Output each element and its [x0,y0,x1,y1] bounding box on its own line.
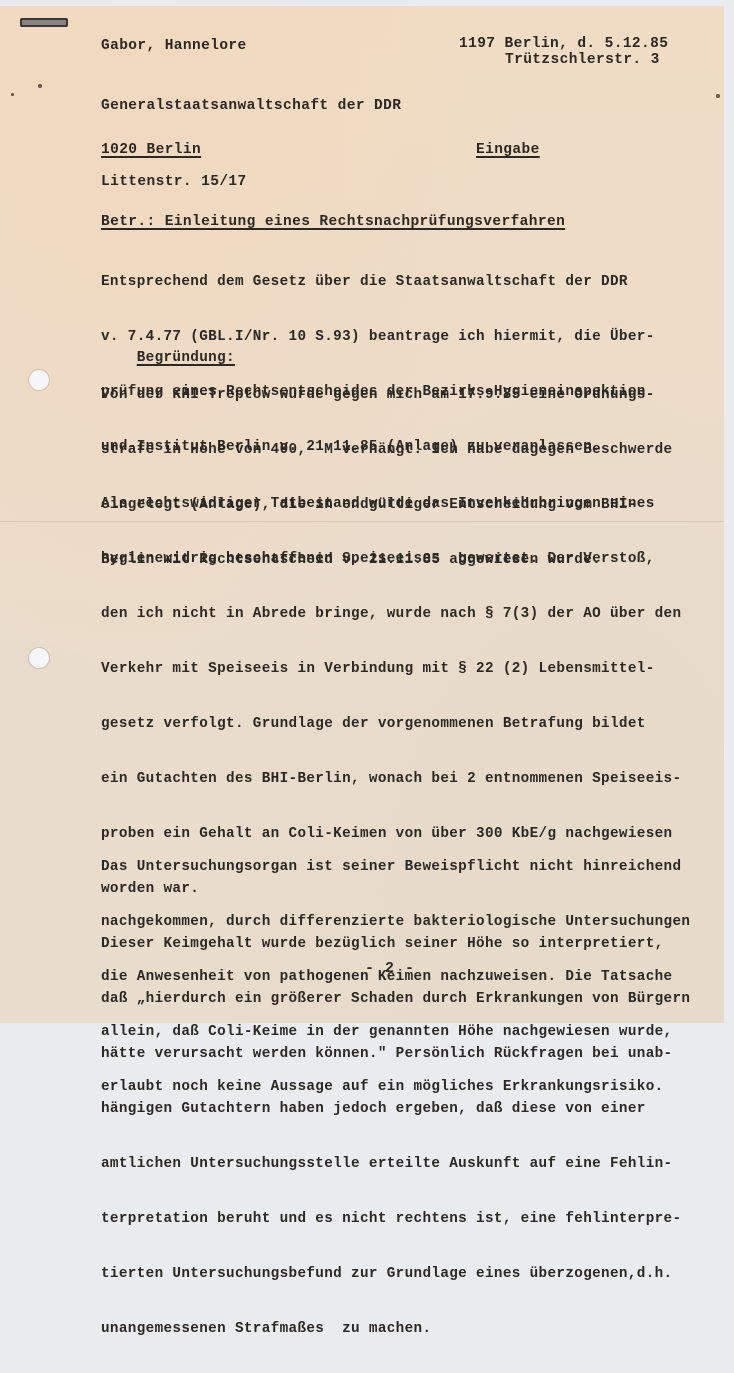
staple-icon [20,18,68,27]
recipient-authority: Generalstaatsanwaltschaft der DDR [101,97,401,115]
punch-hole-icon [29,370,49,390]
document-page: Gabor, Hannelore 1197 Berlin, d. 5.12.85… [0,6,724,1023]
section-heading: Begründung: [137,348,235,368]
text-line: ein Gutachten des BHI-Berlin, wonach bei… [101,768,690,791]
text-line: Als rechtswidriger Tatbestand wurde das … [101,493,690,516]
ink-speck [716,94,720,98]
text-line: Von der KHI-Treptow wurde gegen mich am … [101,384,673,407]
text-line: Entsprechend dem Gesetz über die Staatsa… [101,271,655,294]
subject-line: Betr.: Einleitung eines Rechtsnachprüfun… [101,213,565,231]
text-line: nachgekommen, durch differenzierte bakte… [101,911,690,934]
text-line: strafe in Höhe von 400,- M verhängt. Ich… [101,439,673,462]
document-type: Eingabe [476,141,540,159]
ink-speck [11,93,14,96]
punch-hole-icon [29,648,49,668]
text-line: Das Untersuchungsorgan ist seiner Beweis… [101,856,690,879]
text-line: den ich nicht in Abrede bringe, wurde na… [101,603,690,626]
recipient-street: Littenstr. 15/17 [101,173,247,191]
sender-name: Gabor, Hannelore [101,37,247,55]
text-line: hygienewidrig beschaffenen Speiseeises g… [101,548,690,571]
text-line: gesetz verfolgt. Grundlage der vorgenomm… [101,713,690,736]
paragraph-argument: Das Untersuchungsorgan ist seiner Beweis… [101,824,690,1023]
page-number: - 2 - [365,960,415,977]
sender-street: Trützschlerstr. 3 [505,51,660,69]
text-line: Verkehr mit Speiseeis in Verbindung mit … [101,658,690,681]
scan-border [724,0,734,1023]
ink-speck [38,84,42,88]
recipient-city: 1020 Berlin [101,141,201,159]
